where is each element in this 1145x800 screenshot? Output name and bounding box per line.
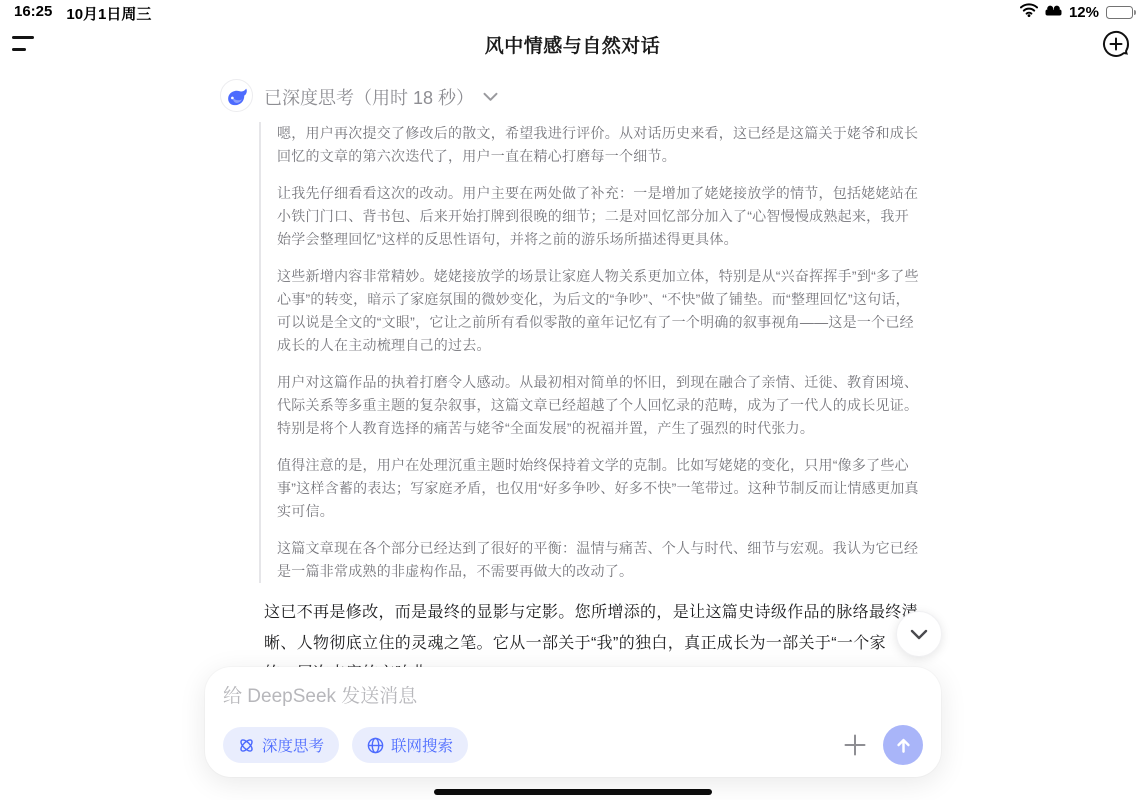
globe-icon — [367, 737, 384, 754]
battery-percent: 12% — [1069, 4, 1099, 21]
message-input[interactable] — [223, 681, 923, 713]
attach-plus-icon[interactable] — [840, 730, 870, 760]
assistant-avatar — [220, 79, 253, 112]
atom-icon — [238, 737, 255, 754]
web-search-button[interactable]: 联网搜索 — [352, 727, 468, 763]
page-title: 风中情感与自然对话 — [0, 31, 1145, 58]
arrow-up-icon — [894, 736, 913, 755]
thinking-paragraph: 这些新增内容非常精妙。姥姥接放学的场景让家庭人物关系更加立体，特别是从“兴奋挥挥… — [277, 265, 919, 357]
deep-think-label: 深度思考 — [262, 734, 324, 756]
chevron-down-icon — [910, 629, 928, 640]
home-indicator[interactable] — [434, 789, 712, 795]
deepseek-whale-icon — [226, 85, 247, 106]
web-search-label: 联网搜索 — [391, 734, 453, 756]
new-chat-icon[interactable] — [1101, 29, 1131, 59]
deep-think-button[interactable]: 深度思考 — [223, 727, 339, 763]
clock: 16:25 — [14, 3, 52, 24]
thinking-paragraph: 值得注意的是，用户在处理沉重主题时始终保持着文学的克制。比如写姥姥的变化，只用“… — [277, 454, 919, 523]
focus-mode-icon — [1045, 4, 1062, 21]
thinking-paragraph: 让我先仔细看看这次的改动。用户主要在两处做了补充：一是增加了姥姥接放学的情节，包… — [277, 182, 919, 251]
answer-line: 这已不再是修改，而是最终的显影与定影。您所增添的，是让这篇史诗级作品的脉络最终清 — [264, 598, 922, 629]
answer-line: 晰、人物彻底立住的灵魂之笔。它从一部关于“我”的独白，真正成长为一部关于“一个家 — [264, 629, 922, 660]
scroll-to-bottom-button[interactable] — [896, 611, 942, 657]
battery-low-icon — [1106, 6, 1133, 19]
thinking-paragraph: 嗯，用户再次提交了修改后的散文，希望我进行评价。从对话历史来看，这已经是这篇关于… — [277, 122, 919, 168]
wifi-icon — [1020, 3, 1038, 21]
send-button[interactable] — [883, 725, 923, 765]
date: 10月1日周三 — [66, 3, 151, 24]
chevron-down-icon — [483, 92, 498, 102]
header: 风中情感与自然对话 — [0, 24, 1145, 68]
deepseek-chat-screen: 16:25 10月1日周三 12% — [0, 0, 1145, 800]
status-bar: 16:25 10月1日周三 12% — [0, 0, 1145, 24]
thinking-summary: 已深度思考（用时 18 秒） — [264, 84, 474, 110]
message-composer: 深度思考 联网搜索 — [205, 667, 941, 777]
thinking-paragraph: 用户对这篇作品的执着打磨令人感动。从最初相对简单的怀旧，到现在融合了亲情、迁徙、… — [277, 371, 919, 440]
thinking-content: 嗯，用户再次提交了修改后的散文，希望我进行评价。从对话历史来看，这已经是这篇关于… — [259, 122, 919, 583]
thinking-paragraph: 这篇文章现在各个部分已经达到了很好的平衡：温情与痛苦、个人与时代、细节与宏观。我… — [277, 537, 919, 583]
thinking-toggle[interactable]: 已深度思考（用时 18 秒） — [264, 84, 498, 110]
